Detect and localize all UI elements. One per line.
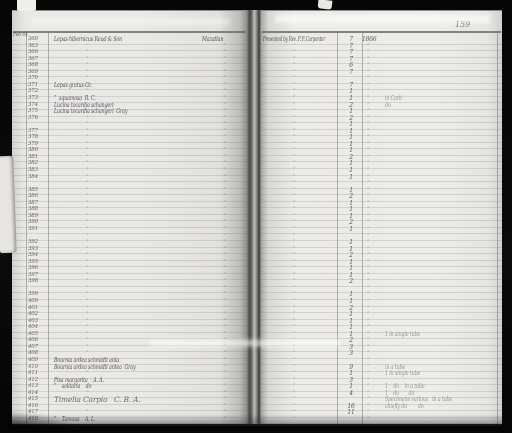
book-binding-gutter	[247, 10, 261, 424]
species-entry: Timelia Carpio C. B. A.	[54, 396, 141, 403]
note-entry: 1 in single tube	[385, 331, 420, 338]
species-entry: Lucina tocardia schangeri Gray	[54, 108, 127, 115]
species-entry: Bournia ardea schmidti antea Gray	[54, 364, 136, 371]
ledger-rows-left: 360Lepas hibernicus Reud & SonMazatlan36…	[12, 37, 247, 421]
paper-slip-top-left	[17, 0, 36, 11]
quantity-value: 7	[343, 69, 359, 76]
accession-number: 398	[28, 278, 38, 285]
quantity-value: 1	[343, 226, 359, 233]
locality-entry: Mazatlan	[202, 36, 223, 43]
note-entry: 1 in single tube	[385, 370, 420, 377]
accession-number: 391	[28, 226, 38, 233]
quantity-value: 3	[343, 350, 359, 357]
header-rule-right	[262, 31, 501, 33]
ledger-rows-right: Presented by Rev. P. P. Carpenter71866”7…	[261, 37, 502, 421]
quantity-value: 1	[343, 174, 359, 181]
note-entry: chiefly do do	[385, 403, 424, 410]
corner-shadow	[8, 411, 78, 429]
page-bottom-shadow	[12, 414, 502, 426]
quantity-value: 4	[343, 390, 359, 397]
note-entry: do	[385, 102, 391, 109]
accession-number: 376	[28, 115, 38, 122]
page-number: 159	[455, 20, 470, 29]
quantity-value: 2	[343, 278, 359, 285]
ledger-scan: Feb 64 159 360Lepas hibernicus Reud & So…	[0, 0, 512, 433]
accession-number: 384	[28, 174, 38, 181]
paper-slip-top-middle	[318, 0, 333, 10]
